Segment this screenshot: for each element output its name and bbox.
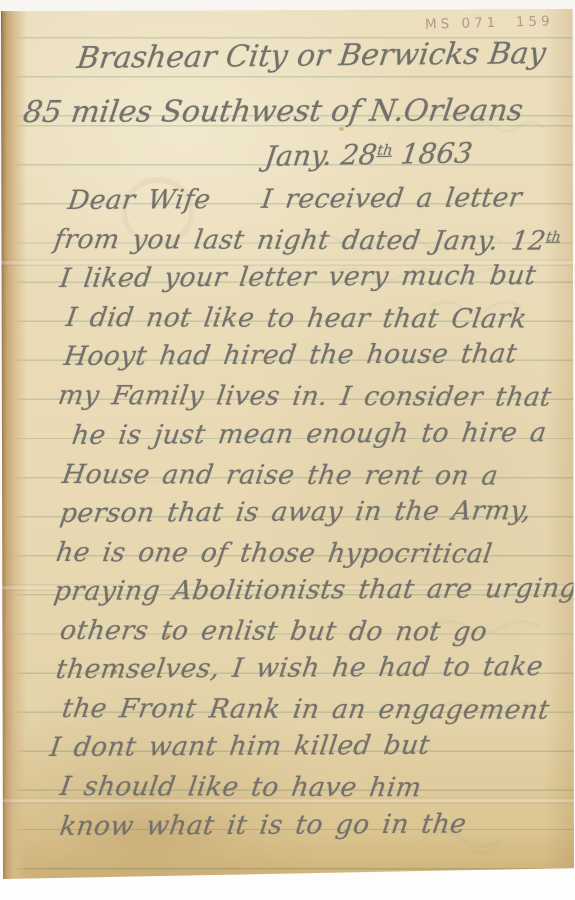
letter-line: I should like to have him xyxy=(57,771,573,812)
letter-line: House and raise the rent on a xyxy=(59,459,573,500)
letter-scan: MS 071 159 Brashear City or Berwicks Bay… xyxy=(0,0,575,900)
ordinal-superscript: th xyxy=(545,229,562,245)
letter-line: person that is away in the Army, xyxy=(57,495,574,537)
letter-heading-location: Brashear City or Berwicks Bay xyxy=(75,36,548,76)
letter-line: Hooyt had hired the house that xyxy=(61,338,574,380)
letter-page: MS 071 159 Brashear City or Berwicks Bay… xyxy=(1,9,574,879)
letter-line: Dear Wife I received a letter xyxy=(65,182,574,224)
letter-heading-date: Jany. 28th 1863 xyxy=(263,136,474,173)
handwritten-text: Brashear City or Berwicks Bay 85 miles S… xyxy=(1,9,574,879)
letter-line: others to enlist but do not go xyxy=(57,615,573,656)
letter-line: he is one of those hypocritical xyxy=(53,537,573,578)
letter-line: my Family lives in. I consider that xyxy=(55,380,573,421)
letter-heading-distance: 85 miles Southwest of N.Orleans xyxy=(21,93,525,130)
letter-line: I liked your letter very much but xyxy=(57,260,574,302)
letter-line: he is just mean enough to hire a xyxy=(69,417,574,459)
date-year: 1863 xyxy=(390,136,474,170)
letter-line: from you last night dated Jany. 12th xyxy=(51,224,573,265)
letter-line: I did not like to hear that Clark xyxy=(63,302,573,343)
letter-line: know what it is to go in the xyxy=(57,807,574,849)
letter-line: the Front Rank in an engagement xyxy=(59,693,573,734)
letter-body: Dear Wife I received a letterfrom you la… xyxy=(59,185,568,850)
letter-line: praying Abolitionists that are urging xyxy=(51,573,574,615)
letter-line: I dont want him killed but xyxy=(47,729,574,771)
date-text: Jany. 28 xyxy=(263,138,379,173)
letter-line: themselves, I wish he had to take xyxy=(53,651,574,693)
letter-line-text: from you last night dated Jany. 12 xyxy=(52,224,548,257)
